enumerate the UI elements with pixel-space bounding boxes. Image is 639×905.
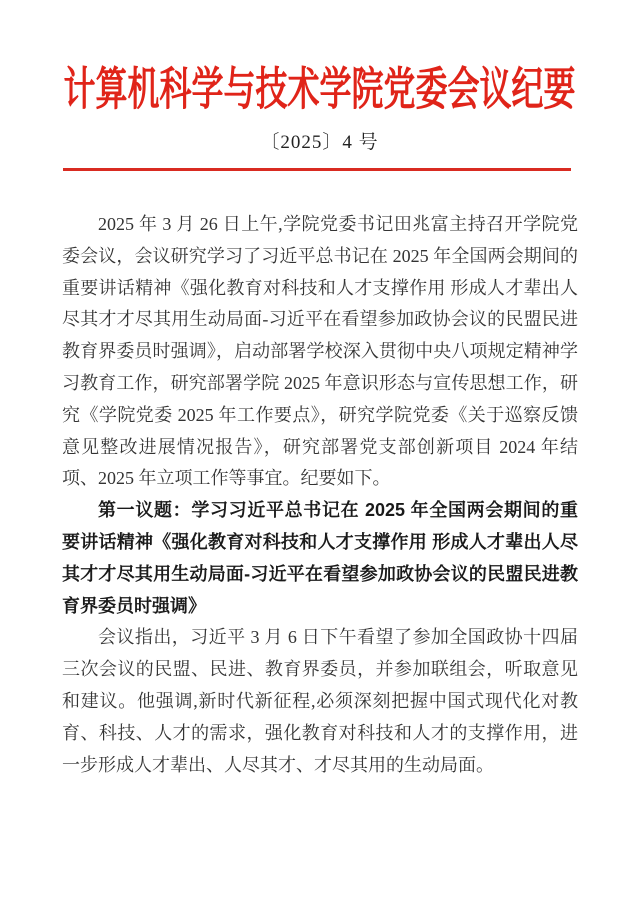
document-page: 计算机科学与技术学院党委会议纪要 〔2025〕4 号 2025 年 3 月 26… xyxy=(0,0,639,905)
red-divider-rule xyxy=(63,168,571,171)
document-number: 〔2025〕4 号 xyxy=(0,127,639,154)
body-paragraph-meeting-points: 会议指出，习近平 3 月 6 日下午看望了参加全国政协十四届三次会议的民盟、民进… xyxy=(62,622,578,781)
body-paragraph-intro: 2025 年 3 月 26 日上午,学院党委书记田兆富主持召开学院党委会议，会议… xyxy=(62,209,578,495)
body-paragraph-topic-heading: 第一议题：学习习近平总书记在 2025 年全国两会期间的重要讲话精神《强化教育对… xyxy=(62,495,578,622)
document-body: 2025 年 3 月 26 日上午,学院党委书记田兆富主持召开学院党委会议，会议… xyxy=(62,209,578,781)
document-title: 计算机科学与技术学院党委会议纪要 xyxy=(0,54,639,125)
